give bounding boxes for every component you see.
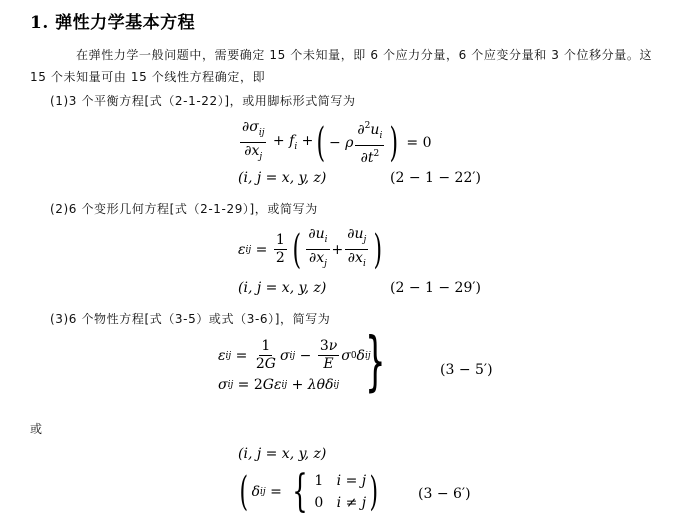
or-text: 或 [30,420,43,437]
section-2-heading: (2)6 个变形几何方程[式（2-1-29）]，或简写为 [50,200,318,217]
condition-text: (i, j = x, y, z) [238,280,326,296]
equation-label-2-1-29: (2 − 1 − 29′) [390,280,481,296]
condition-text: (i, j = x, y, z) [238,446,326,462]
equation-label-3-6: (3 − 6′) [418,486,471,502]
index-condition-3: (i, j = x, y, z) [238,446,326,462]
index-condition-1: (i, j = x, y, z) [238,170,326,186]
delta-cases: 1 i = j 0 i ≠ j [314,470,366,514]
equation-label-3-5: (3 − 5′) [440,362,493,378]
geometric-equation: εij = 12 ( ∂ui∂xj + ∂uj∂xi ) [238,226,386,273]
intro-line-2: 15 个未知量可由 15 个线性方程确定，即 [30,68,265,85]
stress-derivative-fraction: ∂σij ∂xj [240,119,266,166]
section-3-heading: (3)6 个物性方程[式（3-5）或式（3-6）]，简写为 [50,310,330,327]
section-1-heading: (1)3 个平衡方程[式（2-1-22）]，或用脚标形式简写为 [50,92,356,109]
intro-line-1: 在弹性力学一般问题中，需要确定 15 个未知量，即 6 个应力分量，6 个应变分… [76,46,652,63]
condition-text: (i, j = x, y, z) [238,170,326,186]
section-title: 1. 弹性力学基本方程 [30,8,195,33]
strain-stress-equation: εij = 12G σij − 3νE σ0δij [218,338,371,373]
right-brace: } [355,330,396,394]
equation-label-2-1-22: (2 − 1 − 22′) [390,170,481,186]
constitutive-equations: εij = 12G σij − 3νE σ0δij σij = 2Gεij + … [218,338,371,393]
case-1-value: 1 [314,470,323,492]
kronecker-delta-definition: ( δij = { 1 i = j 0 i ≠ j ) [236,470,382,514]
case-1-condition: i = j [337,470,366,492]
case-2-value: 0 [314,492,323,514]
index-condition-2: (i, j = x, y, z) [238,280,326,296]
equilibrium-equation: ∂σij ∂xj + fi + ( − ρ ∂2ui ∂t2 ) = 0 [238,118,431,167]
case-2-condition: i ≠ j [337,492,366,514]
stress-strain-equation: σij = 2Gεij + λθδij [218,377,371,393]
acceleration-fraction: ∂2ui ∂t2 [355,118,384,167]
